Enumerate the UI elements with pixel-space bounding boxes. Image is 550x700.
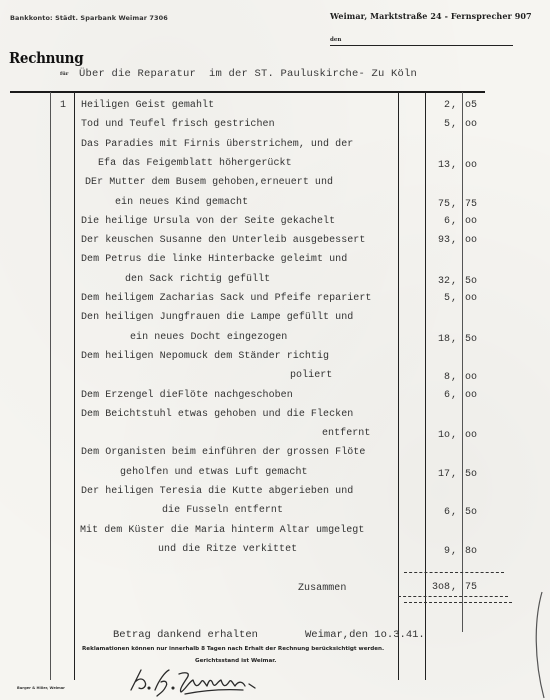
subtotal-rule — [404, 572, 504, 573]
payment-received: Betrag dankend erhalten — [113, 629, 258, 641]
item-amount-whole: 13 — [410, 160, 450, 171]
item-amount-whole: 2 — [410, 100, 450, 111]
total-rule-upper — [398, 596, 508, 597]
item-description: Dem Petrus die linke Hinterbacke geleimt… — [81, 254, 347, 265]
item-amount-whole: 17 — [410, 469, 450, 480]
item-description-continued: geholfen und etwas Luft gemacht — [120, 467, 308, 478]
amount-separator: , — [451, 469, 457, 480]
document-title: Rechnung — [9, 50, 83, 68]
item-amount-whole: 6 — [410, 507, 450, 518]
column-rule-left — [50, 92, 51, 680]
total-rule-lower — [404, 602, 512, 603]
amount-separator: , — [451, 199, 457, 210]
item-amount-fraction: oo — [465, 235, 477, 246]
invoice-document: Bankkonto: Städt. Sparbank Weimar 7306 W… — [0, 0, 550, 700]
item-amount-whole: 32 — [410, 276, 450, 287]
item-description: Heiligen Geist gemahlt — [81, 100, 214, 111]
item-description-continued: poliert — [290, 370, 332, 381]
total-fraction: 75 — [465, 582, 477, 593]
item-description-continued: entfernt — [322, 428, 370, 439]
item-amount-fraction: o5 — [465, 100, 477, 111]
item-description: Dem Beichtstuhl etwas gehoben und die Fl… — [81, 409, 353, 420]
item-amount-fraction: oo — [465, 293, 477, 304]
amount-separator: , — [451, 293, 457, 304]
item-amount-whole: 1o — [410, 430, 450, 441]
printer-imprint: Burger & Hiller, Weimar — [17, 686, 65, 690]
item-amount-whole: 5 — [410, 293, 450, 304]
amount-separator: , — [451, 430, 457, 441]
amount-separator: , — [451, 160, 457, 171]
item-amount-fraction: oo — [465, 160, 477, 171]
item-amount-whole: 8 — [410, 372, 450, 383]
amount-separator: , — [451, 100, 457, 111]
total-separator: , — [451, 582, 457, 593]
total-whole: 3o8 — [410, 582, 450, 593]
item-description-continued: den Sack richtig gefüllt — [125, 274, 270, 285]
item-description: Der keuschen Susanne den Unterleib ausge… — [81, 235, 365, 246]
item-description: Den heiligen Jungfrauen die Lampe gefüll… — [81, 312, 353, 323]
amount-separator: , — [451, 372, 457, 383]
item-amount-fraction: oo — [465, 390, 477, 401]
column-rule-fraction — [462, 92, 463, 632]
item-amount-fraction: 5o — [465, 334, 477, 345]
item-description: DEr Mutter dem Busem gehoben,erneuert un… — [85, 177, 333, 188]
item-amount-fraction: oo — [465, 372, 477, 383]
item-amount-whole: 6 — [410, 390, 450, 401]
item-description-continued: Efa das Feigemblatt höhergerückt — [98, 158, 292, 169]
item-amount-fraction: oo — [465, 430, 477, 441]
position-number: 1 — [60, 100, 66, 111]
item-amount-fraction: 5o — [465, 276, 477, 287]
item-description: Die heilige Ursula von der Seite gekache… — [81, 216, 335, 227]
item-amount-fraction: 75 — [465, 199, 477, 210]
item-description: Dem heiligen Nepomuck dem Ständer richti… — [81, 351, 329, 362]
amount-separator: , — [451, 507, 457, 518]
signature-icon — [125, 660, 295, 700]
item-amount-whole: 6 — [410, 216, 450, 227]
item-description-continued: und die Ritze verkittet — [158, 544, 297, 555]
place-and-date: Weimar,den 1o.3.41. — [305, 629, 425, 641]
for-label: für — [60, 71, 68, 77]
item-amount-fraction: 8o — [465, 546, 477, 557]
item-description: Dem heiligem Zacharias Sack und Pfeife r… — [81, 293, 371, 304]
complaints-notice: Reklamationen können nur innerhalb 8 Tag… — [82, 646, 384, 652]
date-line — [330, 45, 513, 46]
table-top-rule — [10, 91, 485, 93]
column-rule-description — [398, 92, 399, 680]
amount-separator: , — [451, 216, 457, 227]
item-description: Mit dem Küster die Maria hinterm Altar u… — [80, 525, 364, 536]
amount-separator: , — [451, 276, 457, 287]
item-amount-whole: 9 — [410, 546, 450, 557]
item-amount-fraction: oo — [465, 216, 477, 227]
item-description-continued: ein neues Kind gemacht — [115, 197, 248, 208]
invoice-subject: Über die Reparatur im der ST. Pauluskirc… — [79, 68, 417, 80]
bank-account: Bankkonto: Städt. Sparbank Weimar 7306 — [10, 14, 168, 22]
item-description: Dem Erzengel dieFlöte nachgeschoben — [81, 390, 293, 401]
item-description: Das Paradies mit Firnis überstrichem, un… — [81, 139, 353, 150]
item-amount-fraction: 5o — [465, 507, 477, 518]
item-description: Tod und Teufel frisch gestrichen — [81, 119, 275, 130]
amount-separator: , — [451, 334, 457, 345]
date-label: den — [330, 37, 341, 43]
amount-separator: , — [451, 390, 457, 401]
amount-separator: , — [451, 235, 457, 246]
column-rule-position — [74, 92, 75, 680]
item-description: Dem Organisten beim einführen der grosse… — [81, 447, 365, 458]
item-amount-whole: 5 — [410, 119, 450, 130]
item-description-continued: die Fusseln entfernt — [162, 505, 283, 516]
paper-edge-mark — [520, 590, 550, 700]
item-description-continued: ein neues Docht eingezogen — [130, 332, 287, 343]
item-amount-fraction: 5o — [465, 469, 477, 480]
item-amount-whole: 18 — [410, 334, 450, 345]
company-address: Weimar, Marktstraße 24 - Fernsprecher 90… — [330, 11, 532, 21]
item-amount-whole: 93 — [410, 235, 450, 246]
item-amount-whole: 75 — [410, 199, 450, 210]
item-amount-fraction: oo — [465, 119, 477, 130]
amount-separator: , — [451, 546, 457, 557]
item-description: Der heiligen Teresia die Kutte abgeriebe… — [81, 486, 353, 497]
amount-separator: , — [451, 119, 457, 130]
total-label: Zusammen — [298, 583, 346, 594]
